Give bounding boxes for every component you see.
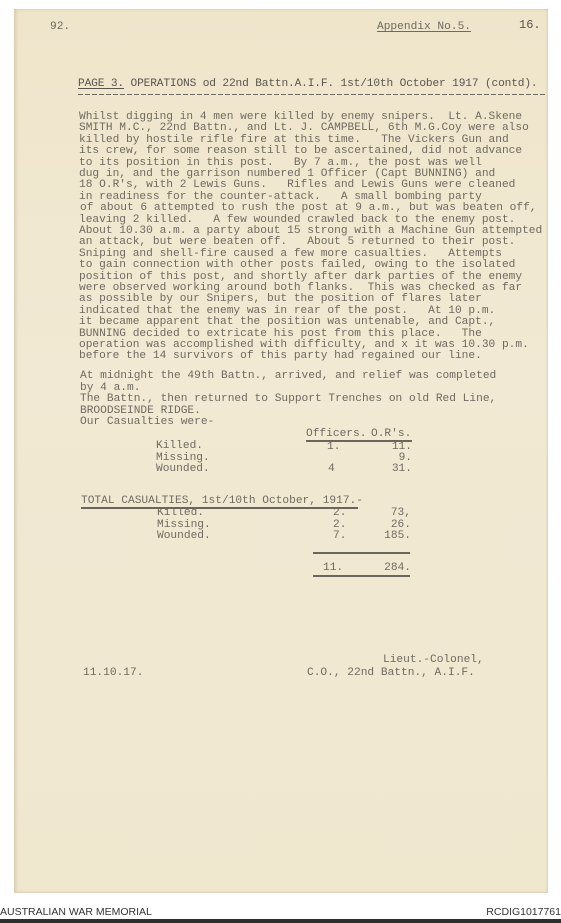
ors-value: 9. bbox=[360, 452, 412, 464]
row-label: Wounded. bbox=[157, 530, 211, 542]
paragraph-line: indicated that the enemy was in rear of … bbox=[79, 305, 495, 317]
ors-value: 73, bbox=[359, 507, 411, 519]
paragraph-line: it became apparent that the position was… bbox=[79, 316, 495, 328]
relief-line: by 4 a.m. bbox=[80, 382, 140, 394]
document-date: 11.10.17. bbox=[83, 667, 143, 679]
total-casualties-heading: TOTAL CASUALTIES, 1st/10th October, 1917… bbox=[81, 495, 363, 507]
signatory-title: C.O., 22nd Battn., A.I.F. bbox=[307, 667, 475, 679]
column-header-officers: Officers. bbox=[306, 428, 366, 440]
paragraph-line: dug in, and the garrison numbered 1 Offi… bbox=[79, 168, 495, 180]
row-label: Killed. bbox=[156, 440, 203, 452]
title-dashed-rule bbox=[78, 94, 545, 95]
officers-value: 7. bbox=[333, 530, 346, 542]
officers-value: 2. bbox=[333, 519, 346, 531]
folio-number: 92. bbox=[50, 21, 70, 33]
total-ors: 284. bbox=[359, 562, 411, 574]
officers-value: 2. bbox=[333, 507, 346, 519]
archive-name: AUSTRALIAN WAR MEMORIAL bbox=[0, 905, 152, 919]
paragraph-line: were observed working around both flanks… bbox=[79, 282, 522, 294]
title-page-ref: PAGE 3. bbox=[78, 78, 124, 90]
officers-value: 4 bbox=[328, 463, 335, 475]
archive-reference: RCDIG1017761 bbox=[486, 905, 561, 919]
row-label: Wounded. bbox=[156, 463, 210, 475]
ors-value: 185. bbox=[359, 530, 411, 542]
signatory-rank: Lieut.-Colonel, bbox=[383, 654, 484, 666]
paragraph-line: killed by hostile rifle fire at this tim… bbox=[79, 134, 509, 146]
paragraph-line: its crew, for some reason still to be as… bbox=[79, 145, 522, 157]
heading-underline bbox=[81, 507, 358, 509]
title-text: OPERATIONS od 22nd Battn.A.I.F. 1st/10th… bbox=[124, 78, 538, 90]
paragraph-line: operation was accomplished with difficul… bbox=[79, 339, 529, 351]
paragraph-line: Sniping and shell-fire caused a few more… bbox=[79, 248, 502, 260]
relief-line: The Battn., then returned to Support Tre… bbox=[80, 393, 496, 405]
paragraph-line: About 10.30 a.m. a party about 15 strong… bbox=[79, 225, 542, 237]
paragraph-line: position of this post, and shortly after… bbox=[79, 271, 522, 283]
sum-rule bbox=[313, 552, 410, 554]
paragraph-line: as possible by our Snipers, but the posi… bbox=[79, 293, 482, 305]
column-header-ors: O.R's. bbox=[371, 428, 411, 440]
page-title: PAGE 3. OPERATIONS od 22nd Battn.A.I.F. … bbox=[78, 78, 537, 90]
relief-line: Our Casualties were- bbox=[80, 416, 214, 428]
ors-value: 26. bbox=[359, 519, 411, 531]
paragraph-line: of about 6 attempted to rush the post at… bbox=[80, 202, 537, 214]
paragraph-line: an attack, but were beaten off. About 5 … bbox=[79, 236, 515, 248]
appendix-label: Appendix No.5. bbox=[377, 21, 471, 33]
paragraph-line: 18 O.R's, with 2 Lewis Guns. Rifles and … bbox=[79, 179, 515, 191]
officers-value: 1. bbox=[327, 441, 340, 453]
page-number: 16. bbox=[519, 19, 541, 31]
total-officers: 11. bbox=[323, 562, 343, 574]
row-label: Killed. bbox=[157, 507, 204, 519]
relief-line: At midnight the 49th Battn., arrived, an… bbox=[80, 370, 496, 382]
paragraph-line: leaving 2 killed. A few wounded crawled … bbox=[79, 214, 515, 226]
bottom-bar bbox=[0, 919, 561, 923]
total-underline bbox=[313, 575, 410, 577]
row-label: Missing. bbox=[157, 519, 211, 531]
paragraph-line: to its position in this post. By 7 a.m.,… bbox=[79, 157, 482, 169]
row-label: Missing. bbox=[156, 452, 210, 464]
paragraph-line: BUNNING decided to extricate his post fr… bbox=[79, 328, 482, 340]
paragraph-line: SMITH M.C., 22nd Battn., and Lt. J. CAMP… bbox=[79, 122, 529, 134]
paragraph-line: in readiness for the counter-attack. A s… bbox=[79, 191, 482, 203]
relief-line: BROODSEINDE RIDGE. bbox=[80, 405, 201, 417]
paragraph-line: Whilst digging in 4 men were killed by e… bbox=[79, 111, 522, 123]
ors-value: 31. bbox=[360, 463, 412, 475]
paragraph-line: before the 14 survivors of this party ha… bbox=[79, 350, 482, 362]
paragraph-line: to gain connection with other posts fail… bbox=[79, 259, 515, 271]
